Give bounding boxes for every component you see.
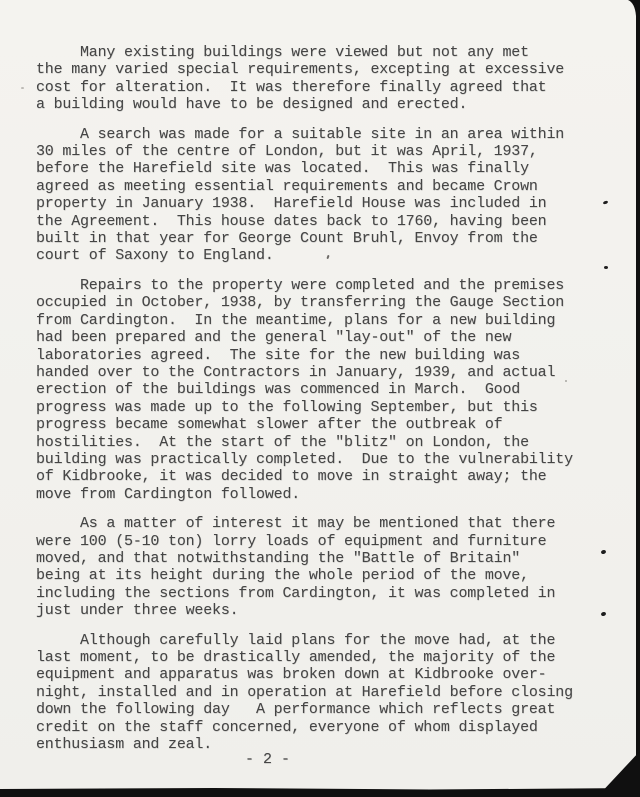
page-number: - 2 - (245, 751, 290, 768)
paragraph-4: As a matter of interest it may be mentio… (36, 515, 596, 619)
paragraph-5: Although carefully laid plans for the mo… (36, 632, 596, 754)
ink-speck (604, 266, 608, 269)
ink-speck (603, 200, 609, 205)
ink-speck (601, 549, 607, 554)
paragraph-3: Repairs to the property were completed a… (36, 277, 596, 503)
paragraph-1: Many existing buildings were viewed but … (36, 44, 596, 114)
ink-speck (21, 87, 24, 89)
document-body: Many existing buildings were viewed but … (36, 44, 596, 765)
scanned-document-page: Many existing buildings were viewed but … (0, 0, 640, 797)
ink-speck (565, 380, 567, 382)
paragraph-2: A search was made for a suitable site in… (36, 126, 596, 265)
ink-speck (601, 611, 607, 616)
